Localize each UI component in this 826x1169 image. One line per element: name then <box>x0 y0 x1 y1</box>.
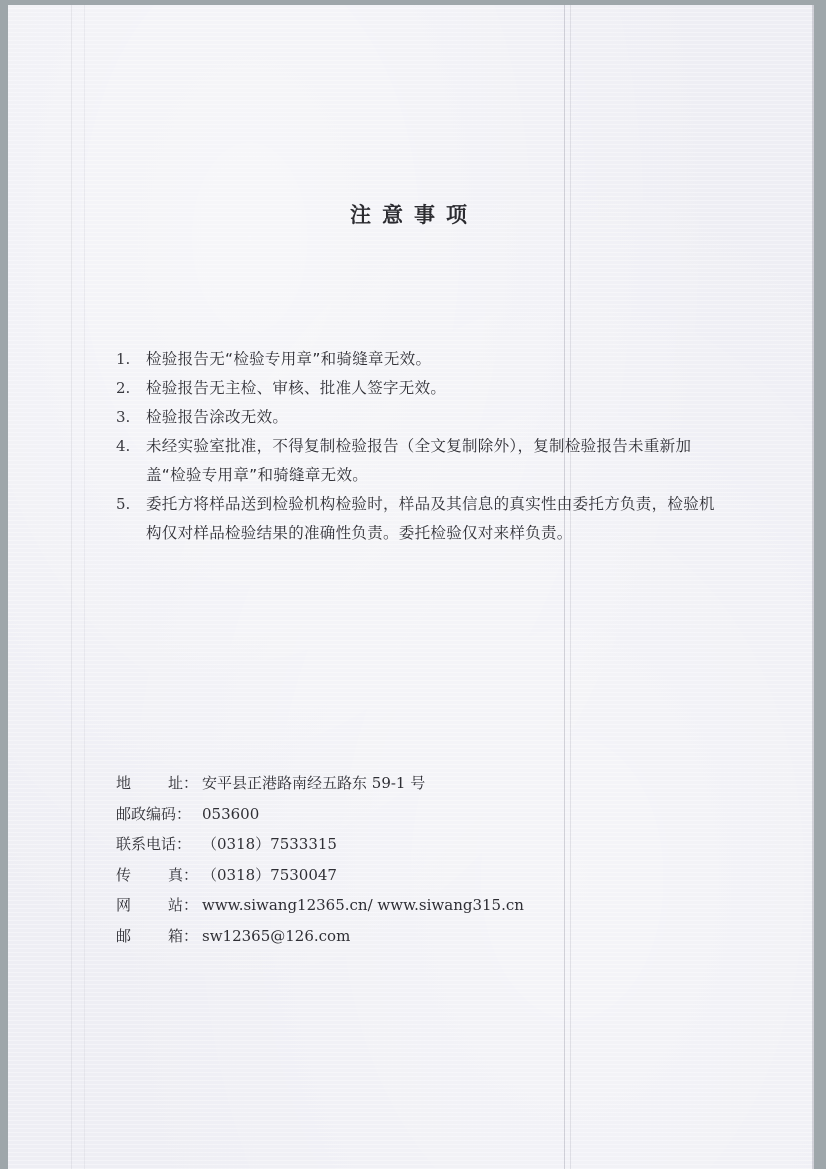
label-part: 地 <box>116 768 131 799</box>
label-part: 联系电话： <box>116 829 191 860</box>
contact-label: 网 站： <box>116 890 202 921</box>
note-text: 委托方将样品送到检验机构检验时，样品及其信息的真实性由委托方负责，检验机构仅对样… <box>146 490 716 548</box>
fold-line <box>570 5 571 1169</box>
contact-email: 邮 箱： sw12365@126.com <box>116 921 524 952</box>
contact-address: 地 址： 安平县正港路南经五路东 59-1 号 <box>116 768 524 799</box>
notes-list: 1. 检验报告无“检验专用章”和骑缝章无效。 2. 检验报告无主检、审核、批准人… <box>116 345 716 548</box>
fold-line <box>564 5 565 1169</box>
label-part: 邮政编码： <box>116 799 191 830</box>
contact-postcode: 邮政编码： 053600 <box>116 799 524 830</box>
contact-label: 传 真： <box>116 860 202 891</box>
note-text: 检验报告涂改无效。 <box>146 403 716 432</box>
label-part: 站： <box>168 890 198 921</box>
website-value: www.siwang12365.cn/ www.siwang315.cn <box>202 890 524 921</box>
address-value: 安平县正港路南经五路东 59-1 号 <box>202 768 425 799</box>
note-item: 1. 检验报告无“检验专用章”和骑缝章无效。 <box>116 345 716 374</box>
fax-value: （0318）7530047 <box>202 860 337 891</box>
note-item: 3. 检验报告涂改无效。 <box>116 403 716 432</box>
label-part: 传 <box>116 860 131 891</box>
contact-label: 邮 箱： <box>116 921 202 952</box>
note-number: 4. <box>116 432 146 461</box>
note-item: 2. 检验报告无主检、审核、批准人签字无效。 <box>116 374 716 403</box>
note-text: 检验报告无主检、审核、批准人签字无效。 <box>146 374 716 403</box>
label-part: 址： <box>168 768 198 799</box>
label-part: 真： <box>168 860 198 891</box>
label-part: 箱： <box>168 921 198 952</box>
note-number: 2. <box>116 374 146 403</box>
phone-value: （0318）7533315 <box>202 829 337 860</box>
note-number: 1. <box>116 345 146 374</box>
document-page: 注意事项 1. 检验报告无“检验专用章”和骑缝章无效。 2. 检验报告无主检、审… <box>8 5 814 1169</box>
contact-label: 地 址： <box>116 768 202 799</box>
contact-fax: 传 真： （0318）7530047 <box>116 860 524 891</box>
note-number: 5. <box>116 490 146 519</box>
contact-info: 地 址： 安平县正港路南经五路东 59-1 号 邮政编码： 053600 联系电… <box>116 768 524 951</box>
note-text: 未经实验室批准，不得复制检验报告（全文复制除外），复制检验报告未重新加盖“检验专… <box>146 432 716 490</box>
note-text: 检验报告无“检验专用章”和骑缝章无效。 <box>146 345 716 374</box>
contact-label: 联系电话： <box>116 829 202 860</box>
page-edge <box>812 5 814 1169</box>
fold-line <box>84 5 85 1169</box>
contact-label: 邮政编码： <box>116 799 202 830</box>
page-title: 注意事项 <box>8 199 814 229</box>
contact-website: 网 站： www.siwang12365.cn/ www.siwang315.c… <box>116 890 524 921</box>
fold-line <box>71 5 72 1169</box>
note-item: 4. 未经实验室批准，不得复制检验报告（全文复制除外），复制检验报告未重新加盖“… <box>116 432 716 490</box>
label-part: 邮 <box>116 921 131 952</box>
contact-phone: 联系电话： （0318）7533315 <box>116 829 524 860</box>
note-item: 5. 委托方将样品送到检验机构检验时，样品及其信息的真实性由委托方负责，检验机构… <box>116 490 716 548</box>
note-number: 3. <box>116 403 146 432</box>
postcode-value: 053600 <box>202 799 259 830</box>
email-value: sw12365@126.com <box>202 921 350 952</box>
label-part: 网 <box>116 890 131 921</box>
